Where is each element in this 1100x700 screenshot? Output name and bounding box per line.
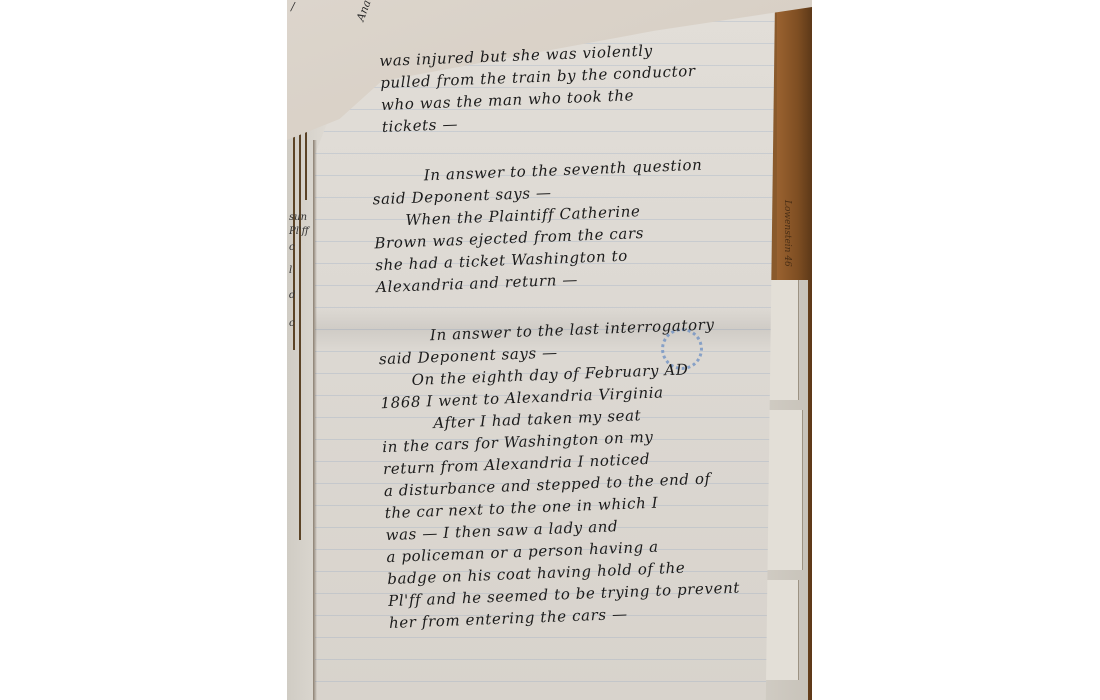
margin-fragment: l (289, 265, 292, 276)
flap-fragment: / (291, 0, 295, 13)
flap-fragment: Ana (354, 0, 374, 23)
margin-fragment: sun (289, 212, 307, 223)
margin-fragment: c (289, 242, 295, 253)
sheet-edge-shadow (313, 140, 317, 700)
handwritten-text: was injured but she was violently pulled… (379, 35, 791, 634)
margin-fragment: d (289, 290, 295, 301)
margin-fragment: Pl'ff (289, 226, 309, 237)
margin-fragment: c (289, 318, 295, 329)
folder-annotation: Lowenstein 46 (782, 200, 792, 267)
document-photograph: Lowenstein 46 sun Pl'ff c l d c / Ana wa… (287, 0, 812, 700)
